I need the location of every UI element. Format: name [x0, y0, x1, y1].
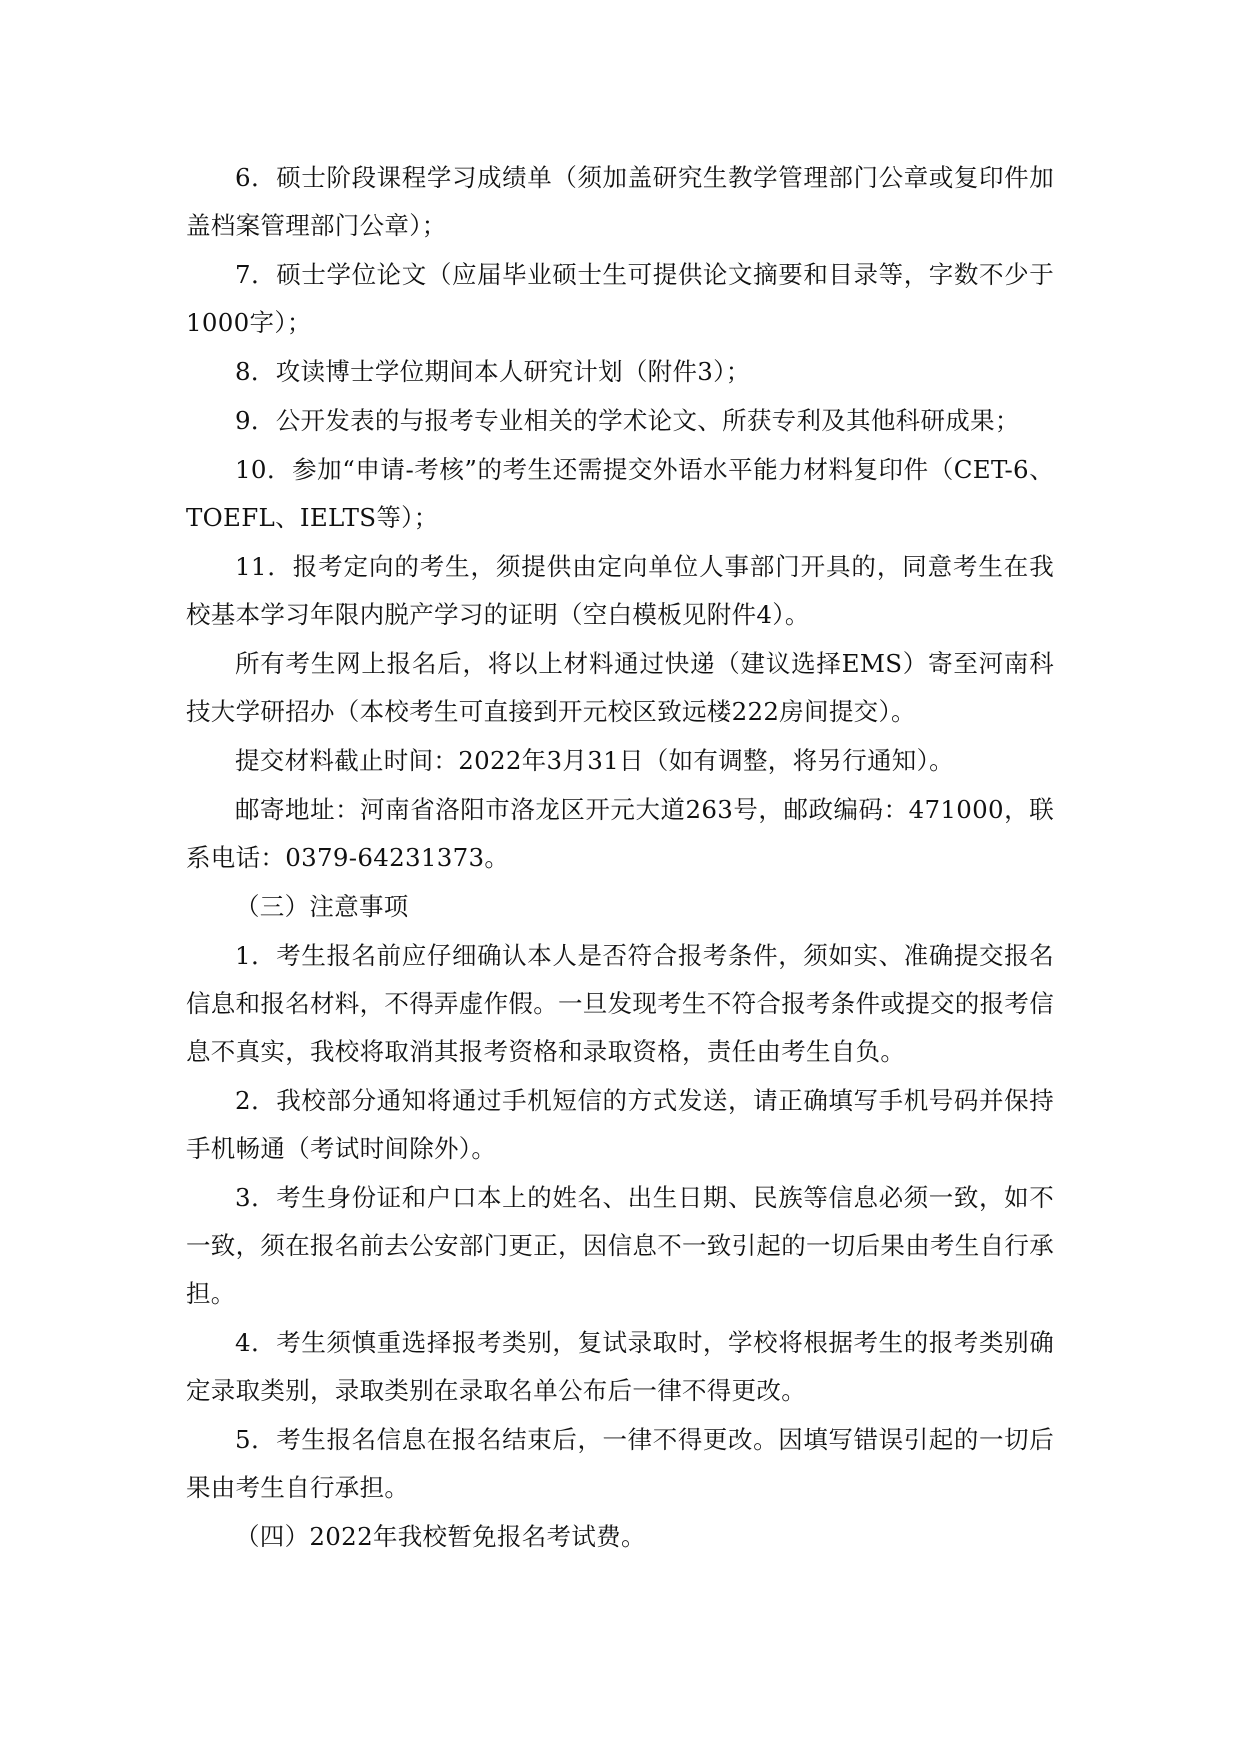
section-heading-fee: （四）2022年我校暂免报名考试费。 — [186, 1513, 1054, 1561]
list-item-9: 9．公开发表的与报考专业相关的学术论文、所获专利及其他科研成果； — [186, 397, 1054, 445]
list-item-8: 8．攻读博士学位期间本人研究计划（附件3）； — [186, 348, 1054, 396]
document-page: 6．硕士阶段课程学习成绩单（须加盖研究生教学管理部门公章或复印件加盖档案管理部门… — [186, 154, 1054, 1562]
note-item-5: 5．考生报名信息在报名结束后，一律不得更改。因填写错误引起的一切后果由考生自行承… — [186, 1416, 1054, 1512]
deadline-note: 提交材料截止时间：2022年3月31日（如有调整，将另行通知）。 — [186, 737, 1054, 785]
note-item-2: 2．我校部分通知将通过手机短信的方式发送，请正确填写手机号码并保持手机畅通（考试… — [186, 1077, 1054, 1173]
section-heading-notes: （三）注意事项 — [186, 883, 1054, 931]
note-item-1: 1．考生报名前应仔细确认本人是否符合报考条件，须如实、准确提交报名信息和报名材料… — [186, 932, 1054, 1076]
list-item-7: 7．硕士学位论文（应届毕业硕士生可提供论文摘要和目录等，字数不少于1000字）； — [186, 251, 1054, 347]
list-item-11: 11．报考定向的考生，须提供由定向单位人事部门开具的，同意考生在我校基本学习年限… — [186, 543, 1054, 639]
mailing-address: 邮寄地址：河南省洛阳市洛龙区开元大道263号，邮政编码：471000，联系电话：… — [186, 786, 1054, 882]
list-item-10: 10．参加“申请-考核”的考生还需提交外语水平能力材料复印件（CET-6、TOE… — [186, 446, 1054, 542]
list-item-6: 6．硕士阶段课程学习成绩单（须加盖研究生教学管理部门公章或复印件加盖档案管理部门… — [186, 154, 1054, 250]
note-item-4: 4．考生须慎重选择报考类别，复试录取时，学校将根据考生的报考类别确定录取类别，录… — [186, 1319, 1054, 1415]
note-item-3: 3．考生身份证和户口本上的姓名、出生日期、民族等信息必须一致，如不一致，须在报名… — [186, 1174, 1054, 1318]
submission-note: 所有考生网上报名后，将以上材料通过快递（建议选择EMS）寄至河南科技大学研招办（… — [186, 640, 1054, 736]
